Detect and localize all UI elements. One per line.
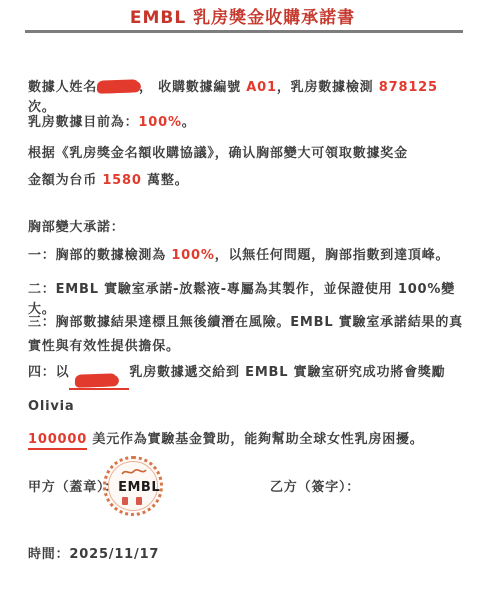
promise-item-4: 四：以乳房數據遞交給到 EMBL 實驗室研究成功將會獎勵 Olivia 1000… (28, 356, 463, 456)
agreement-line2-post: 萬整。 (142, 173, 189, 188)
paragraph-agreement: 根据《乳房獎金名額收購協議》，确认胸部變大可領取數據奖金 金額为台币 1580 … (28, 140, 463, 194)
seal-bottom-marks (122, 497, 142, 505)
name-label: 數據人姓名 (28, 80, 97, 95)
current-value: 100% (138, 115, 181, 130)
party-a-seal-name: EMBL (118, 480, 160, 495)
seal-mark-icon (122, 497, 128, 505)
party-b-signature-line: 乙方（簽字）： (270, 476, 360, 495)
item4-post: 美元作為實驗基金贊助，能夠幫助全球女性乳房困擾。 (87, 432, 424, 447)
title-divider (25, 30, 463, 33)
fund-amount-value: 100000 (28, 432, 87, 450)
award-amount-value: 1580 (102, 173, 141, 188)
promise-item-3: 三：胸部數據結果達標且無後續潛在風險。EMBL 實驗室承諾結果的真實性與有效性提… (28, 311, 463, 359)
current-period: 。 (182, 115, 196, 130)
redacted-name-block (97, 79, 140, 94)
document-page: EMBL 乳房獎金收購承諾書 數據人姓名， 收購數據編號 A01，乳房數據檢測 … (0, 0, 485, 600)
time-label: 時間： (28, 547, 69, 562)
test-count-value: 878125 (379, 80, 438, 95)
current-label: 乳房數據目前為： (28, 115, 138, 130)
date-line: 時間：2025/11/17 (28, 543, 159, 562)
promise-heading: 胸部變大承諾： (28, 218, 463, 238)
after-name-text: ， 收購數據編號 (139, 80, 246, 95)
item4-pre: 四：以 (28, 365, 69, 380)
agreement-line2-pre: 金額为台币 (28, 173, 102, 188)
item1-post: ，以無任何問題，胸部指數到達頂峰。 (215, 248, 450, 263)
paragraph-current-data: 乳房數據目前為：100%。 (28, 113, 463, 133)
agreement-line1: 根据《乳房獎金名額收購協議》，确认胸部變大可領取數據奖金 (28, 146, 408, 161)
redacted-name-underlined (69, 373, 129, 390)
purchase-code-value: A01 (246, 80, 277, 95)
redacted-name-block-2 (75, 373, 118, 388)
party-a-signature-line: 甲方（蓋章）：EMBL (28, 476, 160, 495)
document-title: EMBL 乳房獎金收購承諾書 (0, 3, 485, 28)
promise-item-1: 一：胸部的數據檢測為 100%，以無任何問題，胸部指數到達頂峰。 (28, 246, 463, 266)
item1-percent-value: 100% (171, 248, 214, 263)
date-value: 2025/11/17 (69, 547, 159, 562)
paragraph-data-person: 數據人姓名， 收購數據編號 A01，乳房數據檢測 878125 次。 (28, 78, 463, 118)
seal-mark-icon (136, 497, 142, 505)
after-code-text: ，乳房數據檢測 (277, 80, 379, 95)
item1-pre: 一：胸部的數據檢測為 (28, 248, 171, 263)
party-a-label: 甲方（蓋章）： (28, 480, 118, 495)
